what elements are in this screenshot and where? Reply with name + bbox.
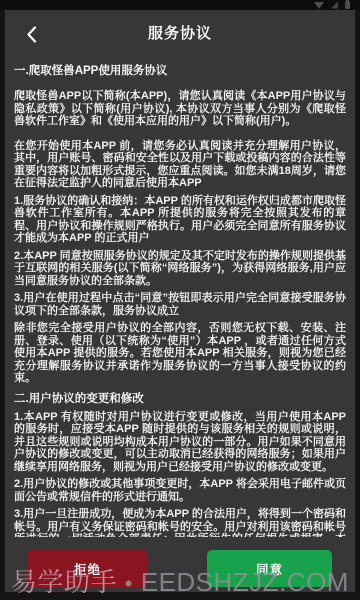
footer-actions: 拒绝 同意 — [5, 550, 355, 588]
agreement-content[interactable]: 一.爬取怪兽APP使用服务协议 爬取怪兽APP以下简称(本APP)，请您认真阅读… — [5, 55, 355, 537]
section-heading-1: 一.爬取怪兽APP使用服务协议 — [14, 65, 346, 78]
agreement-paragraph: 爬取怪兽APP以下简称(本APP)，请您认真阅读《本APP用户协议与隐私政策》以… — [14, 90, 346, 128]
agree-button[interactable]: 同意 — [207, 550, 332, 587]
agreement-paragraph: 除非您完全接受用户协议的全部内容，否则您无权下载、安装、注册、登录、使用（以下统… — [14, 322, 346, 385]
page-title: 服务协议 — [5, 22, 355, 43]
status-icons — [314, 1, 350, 9]
signal-icon — [331, 2, 338, 9]
agreement-paragraph: 1.服务协议的确认和接纳：本APP 的所有权和运作权归成都市爬取怪兽软件工作室所… — [14, 195, 346, 245]
agreement-panel: 服务协议 一.爬取怪兽APP使用服务协议 爬取怪兽APP以下简称(本APP)，请… — [5, 10, 355, 592]
agreement-paragraph: 在您开始使用本APP 前，请您务必认真阅读并充分理解用户协议，其中，用户账号、密… — [14, 140, 346, 190]
agreement-paragraph: 2.用户协议的修改或其他事项变更时，本APP 将会采用电子邮件或页面公告或常规信… — [14, 478, 346, 503]
battery-icon — [345, 1, 350, 9]
agreement-paragraph: 1.本APP 有权随时对用户协议进行变更或修改，当用户使用本APP 的服务时，应… — [14, 411, 346, 474]
agreement-paragraph: 3.用户在使用过程中点击“同意”按钮即表示用户完全同意接受服务协议项下的全部条款… — [14, 292, 346, 317]
status-bar — [0, 0, 360, 10]
agreement-paragraph: 3.用户一旦注册成功，便成为本APP 的合法用户，将得到一个密码和帐号。用户有义… — [14, 508, 346, 537]
section-heading-2: 二.用户协议的变更和修改 — [14, 393, 346, 406]
app-screen: 服务协议 一.爬取怪兽APP使用服务协议 爬取怪兽APP以下简称(本APP)，请… — [0, 0, 360, 600]
reject-button[interactable]: 拒绝 — [27, 550, 148, 587]
wifi-icon — [314, 2, 324, 9]
header: 服务协议 — [5, 10, 355, 55]
agreement-paragraph: 2.本APP 同意按照服务协议的规定及其不定时发布的操作规则提供基于互联网的相关… — [14, 250, 346, 288]
